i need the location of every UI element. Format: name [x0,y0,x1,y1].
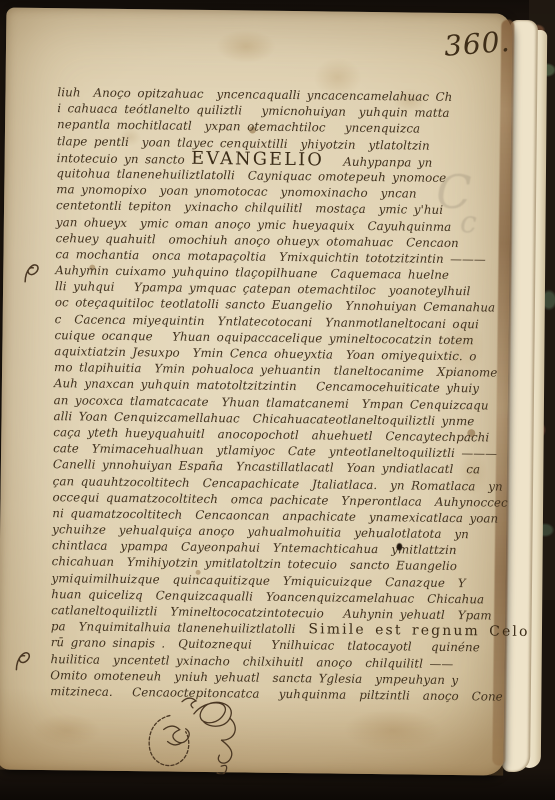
stain [21,708,112,753]
folio-number: 360. [443,25,512,63]
stain [206,24,287,69]
manuscript-page: 360. liuh Anoço opitzahuac yncencaqualli… [0,8,512,776]
photographed-book-page: 360. liuh Anoço opitzahuac yncencaqualli… [0,0,555,800]
ink-blot [396,542,403,551]
scribal-flourish-drawing [129,693,270,775]
margin-paragraph-mark-icon [23,260,43,288]
margin-paragraph-mark-icon [14,648,34,676]
stain [327,701,458,759]
ink-showthrough-mark: c [460,205,477,240]
